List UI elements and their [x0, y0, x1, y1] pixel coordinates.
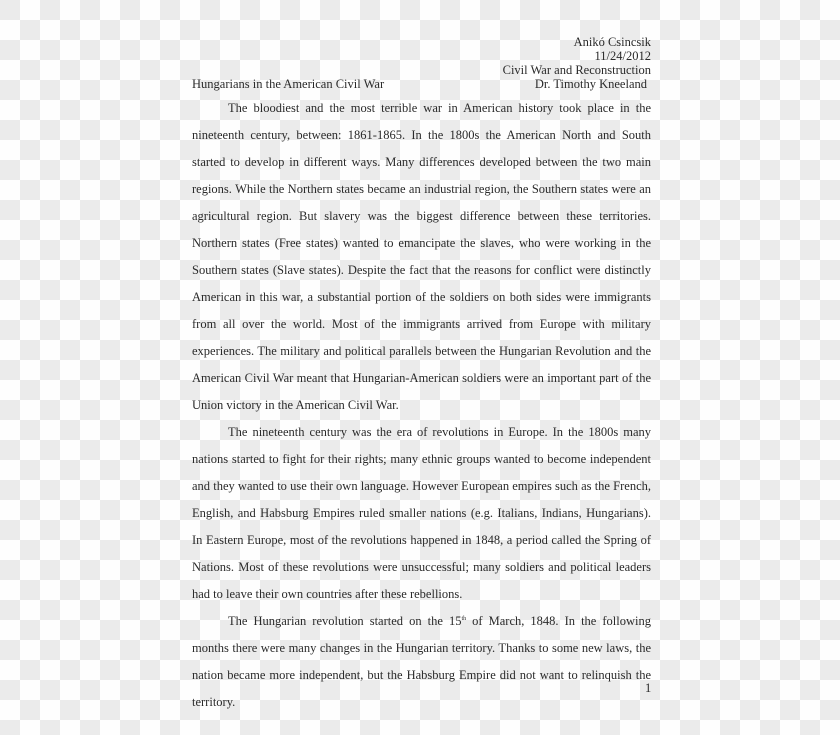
paragraph-3-end: of March, 1848. In the following months … — [192, 614, 651, 709]
document-page: Anikó Csincsik 11/24/2012 Civil War and … — [192, 0, 651, 735]
author-name: Anikó Csincsik — [192, 35, 651, 49]
document-header: Anikó Csincsik 11/24/2012 Civil War and … — [192, 35, 651, 91]
paragraph-2: The nineteenth century was the era of re… — [192, 419, 651, 608]
document-title: Hungarians in the American Civil War — [192, 77, 384, 91]
paragraph-3-start: The Hungarian revolution started on the … — [228, 614, 461, 628]
paragraph-1: The bloodiest and the most terrible war … — [192, 95, 651, 419]
professor-name: Dr. Timothy Kneeland — [535, 77, 651, 91]
page-number: 1 — [645, 681, 651, 695]
paragraph-3: The Hungarian revolution started on the … — [192, 608, 651, 716]
course-name: Civil War and Reconstruction — [192, 63, 651, 77]
document-date: 11/24/2012 — [192, 49, 651, 63]
title-row: Hungarians in the American Civil War Dr.… — [192, 77, 651, 91]
document-body: The bloodiest and the most terrible war … — [192, 95, 651, 716]
